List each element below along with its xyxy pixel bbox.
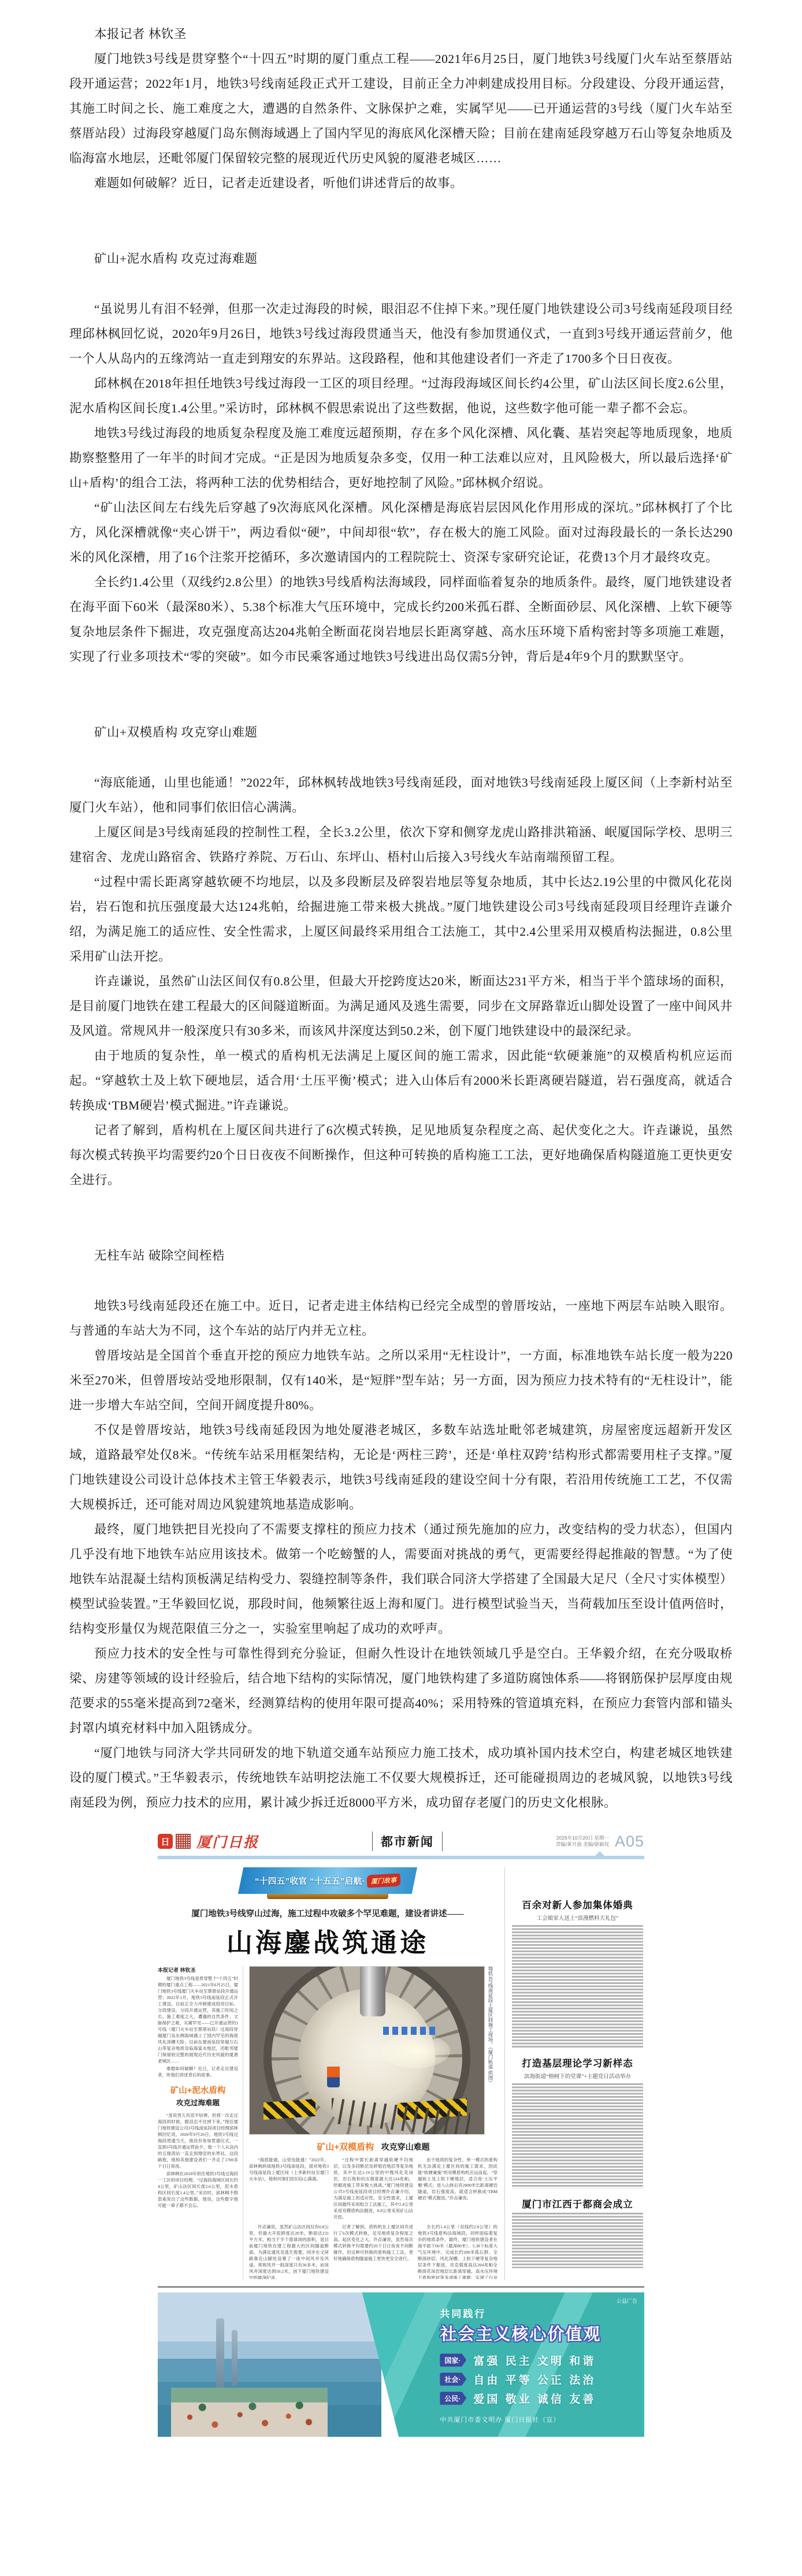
ad-row-tag: 公民· [440,2392,466,2405]
illegible-text-block [512,2083,643,2188]
newspaper-app-logo-icon: 日 [158,1834,173,1849]
ad-row-values: 爱国 敬业 诚信 友善 [473,2391,596,2406]
ad-credit-line: 中共厦门市委文明办 厦门日报社（宣） [440,2415,644,2424]
article-paragraph: “厦门地铁与同济大学共同研发的地下轨道交通车站预应力施工技术，成功填补国内技术空… [69,1741,733,1815]
newspaper-page-number: A05 [615,1833,644,1851]
article-section-heading: 矿山+泥水盾构 攻克过海难题 [69,247,733,271]
article-paragraph: 不仅是曾厝垵站，地铁3号线南延段因为地处厦港老城区，多数车站选址毗邻老城建筑，房… [69,1418,733,1517]
newspaper-section-wrap: 都市新闻 [259,1832,556,1851]
newspaper-masthead: 日 厦门日报 都市新闻 2025年10月20日 星期一 责编/黄开曲 美编/骆颖… [158,1828,644,1855]
worker-figure [327,2062,340,2087]
right-article-subtitle: 工会娘家人送上“浪漫燃料大礼包” [512,1914,643,1922]
photo-wrap: 地铁3号线南延段上厦区间施工现场。（厦门轨道 供图） [249,1966,497,2135]
newspaper-body: “十四五”收官 “十五五”启航· 厦门故事 厦门地铁3号线穿山过海，施工过程中攻… [158,1867,644,2280]
newspaper-content-row: 本报记者 林钦圣 厦门地铁3号线是贯穿整个“十四五”时期的厦门重点工程——202… [158,1966,497,2280]
right-article-subtitle: 滨海街道“榕树下的党课”+主题党日活动举办 [512,2072,643,2080]
illegible-text-block [512,2213,643,2268]
ventilation-pipe-graphic [360,1967,385,2016]
newspaper-body-text: “过程中需长距离穿越软硬不均地层，以及多段断层及碎裂岩地层等复杂地质，其中长达2… [333,2157,413,2220]
newspaper-body-text: 厦门地铁3号线是贯穿整个“十四五”时期的厦门重点工程——2021年6月25日，厦… [158,1975,238,2064]
article-paragraph: 全长约1.4公里（双线约2.8公里）的地铁3号线盾构法海域段，同样面临着复杂的地… [69,570,733,669]
newspaper-main-zone: “十四五”收官 “十五五”启航· 厦门故事 厦门地铁3号线穿山过海，施工过程中攻… [158,1867,497,2280]
section-separator [158,2286,644,2288]
ad-slogan-line1: 共同践行 [440,2306,644,2320]
tunnel-photo [249,1966,485,2135]
ad-values-row: 公民· 爱国 敬业 诚信 友善 [440,2391,644,2406]
tunnel-wall-signs [383,2027,435,2035]
ad-values-row: 社会· 自由 平等 公正 法治 [440,2372,644,2387]
right-article-title: 打造基层理论学习新样态 [512,2056,643,2069]
series-banner: “十四五”收官 “十五五”启航· 厦门故事 [238,1867,417,1899]
newspaper-body-text: “虽说男儿有泪不轻弹，但那一次走过海段的时候，眼泪忍不住掉下来。”现任厦门地铁建… [158,2112,238,2169]
ad-row-values: 富强 民主 文明 和谐 [473,2352,596,2368]
subhead-rest: 攻克过海难题 [158,2097,238,2108]
ad-type-label: 公益广告 [617,2297,637,2305]
xiamen-city-photo [158,2292,381,2437]
series-banner-badge: 厦门故事 [366,1873,400,1888]
photo-caption: 地铁3号线南延段上厦区间施工现场。（厦门轨道 供图） [487,1966,493,2135]
article-byline: 本报记者 林钦圣 [69,22,733,47]
right-article-theory: 打造基层理论学习新样态 滨海街道“榕树下的党课”+主题党日活动举办 [512,2056,643,2188]
newspaper-subhead-2: 矿山+双模盾构 攻克穿山难题 [249,2141,497,2153]
newspaper-mini-columns: “海底能通，山里也能通！”2022年，邱林枫转战地铁3号线南延段，面对地铁3号线… [249,2157,497,2221]
article-paragraph: “过程中需长距离穿越软硬不均地层，以及多段断层及碎裂岩地层等复杂地质，其中长达2… [69,870,733,969]
subhead-tag: 矿山+双模盾构 [317,2142,374,2152]
article-paragraph: 记者了解到，盾构机在上厦区间共进行了6次模式转换，足见地质复杂程度之高、起伏变化… [69,1118,733,1193]
article-paragraph: “矿山法区间左右线先后穿越了9次海底风化深槽。风化深槽是海底岩层因风化作用形成的… [69,496,733,570]
article-section-heading: 矿山+双模盾构 攻克穿山难题 [69,720,733,745]
subhead-tag: 矿山+泥水盾构 [158,2084,238,2096]
newspaper-byline: 本报记者 林钦圣 [158,1966,238,1974]
newspaper-dateline: 2025年10月20日 星期一 责编/黄开曲 美编/骆颖玫 [556,1835,609,1848]
illegible-text-block [512,1925,643,2048]
ad-row-values: 自由 平等 公正 法治 [473,2372,596,2387]
newspaper-center-column: 地铁3号线南延段上厦区间施工现场。（厦门轨道 供图） 矿山+双模盾构 攻克穿山难… [243,1966,497,2280]
article-paragraph: 厦门地铁3号线是贯穿整个“十四五”时期的厦门重点工程——2021年6月25日，厦… [69,47,733,171]
right-article-chamber: 厦门市江西于都商会成立 [512,2197,643,2268]
subhead-rest: 攻克穿山难题 [381,2142,430,2151]
masthead-rule-notch [595,1851,605,1856]
right-article-title: 厦门市江西于都商会成立 [512,2197,643,2210]
ad-text-panel: 公益广告 共同践行 社会主义核心价值观 国家· 富强 民主 文明 和谐 社会· … [362,2292,644,2437]
article-paragraph: 预应力技术的安全性与可靠性得到充分验证，但耐久性设计在地铁领域几乎是空白。王华毅… [69,1641,733,1741]
article-paragraph: 难题如何破解？近日，记者走近建设者，听他们讲述背后的故事。 [69,171,733,196]
newspaper-body-text: 由于地质的复杂性，单一模式的盾构机无法满足上厦区间的施工需求，因此能“软硬兼施”… [418,2157,497,2220]
newspaper-body-text: 难题如何破解？近日，记者走近建设者，听他们讲述背后的故事。 [158,2065,238,2078]
ad-row-tag: 国家· [440,2354,466,2367]
right-article-title: 百余对新人参加集体婚典 [512,1897,643,1911]
newspaper-mini-columns: 许垚谦说，虽然矿山法区间仅有0.8公里，但最大开挖跨度达20米，断面达231平方… [249,2224,497,2280]
twin-tower-graphic [216,2318,224,2388]
headline-kicker: 厦门地铁3号线穿山过海，施工过程中攻破多个罕见难题，建设者讲述—— [158,1907,497,1919]
newspaper-editors: 责编/黄开曲 美编/骆颖玫 [556,1841,609,1848]
masthead-rule [158,1856,644,1859]
newspaper-body-text: 记者了解到，盾构机在上厦区间共进行了6次模式转换，足见地质复杂程度之高、起伏变化… [333,2224,413,2279]
newspaper-subhead-1: 矿山+泥水盾构 攻克过海难题 [158,2084,238,2108]
right-article-wedding: 百余对新人参加集体婚典 工会娘家人送上“浪漫燃料大礼包” [512,1897,643,2048]
newspaper-right-column: 百余对新人参加集体婚典 工会娘家人送上“浪漫燃料大礼包” 打造基层理论学习新样态… [504,1867,643,2280]
newspaper-body-text: 邱林枫在2018年担任地铁3号线过海段一工区的项目经理。“过海段海域区间长约4公… [158,2171,238,2209]
tunnel-light-glow [381,2034,450,2068]
ad-slogan-line2: 社会主义核心价值观 [440,2321,644,2345]
newspaper-page: 日 厦门日报 都市新闻 2025年10月20日 星期一 责编/黄开曲 美编/骆颖… [158,1828,644,2437]
public-service-ad: 公益广告 共同践行 社会主义核心价值观 国家· 富强 民主 文明 和谐 社会· … [158,2292,644,2437]
ad-values-row: 国家· 富强 民主 文明 和谐 [440,2352,644,2368]
article-paragraph: 最终，厦门地铁把目光投向了不需要支撑柱的预应力技术（通过预先施加的应力，改变结构… [69,1517,733,1641]
article-paragraph: 许垚谦说，虽然矿山法区间仅有0.8公里，但最大开挖跨度达20米，断面达231平方… [69,969,733,1044]
qr-code-icon [176,1834,191,1849]
newspaper-date: 2025年10月20日 星期一 [556,1835,609,1841]
series-banner-title: “十四五”收官 “十五五”启航· [255,1875,365,1887]
article-paragraph: 上厦区间是3号线南延段的控制性工程，全长3.2公里，依次下穿和侧穿龙虎山路排洪箱… [69,820,733,870]
newspaper-left-column: 本报记者 林钦圣 厦门地铁3号线是贯穿整个“十四五”时期的厦门重点工程——202… [158,1966,243,2280]
article-paragraph: 由于地质的复杂性，单一模式的盾构机无法满足上厦区间的施工需求，因此能“软硬兼施”… [69,1044,733,1118]
article-document: 本报记者 林钦圣 厦门地铁3号线是贯穿整个“十四五”时期的厦门重点工程——202… [0,0,802,1819]
newspaper-body-text: 全长约1.4公里（双线约2.8公里）的地铁3号线盾构法海域段，同样面临着复杂的地… [418,2224,497,2279]
twin-tower-graphic [232,2330,237,2385]
newspaper-section-title: 都市新闻 [372,1832,443,1851]
series-banner-ribbon: “十四五”收官 “十五五”启航· 厦门故事 [238,1867,417,1894]
hazard-stripe-barrier [263,2099,315,2120]
newspaper-name: 厦门日报 [196,1831,259,1852]
newspaper-body-text: 许垚谦说，虽然矿山法区间仅有0.8公里，但最大开挖跨度达20米，断面达231平方… [249,2224,329,2279]
article-paragraph: 邱林枫在2018年担任地铁3号线过海段一工区的项目经理。“过海段海域区间长约4公… [69,371,733,421]
article-paragraph: 地铁3号线南延段还在施工中。近日，记者走进主体结构已经完全成型的曾厝垵站，一座地… [69,1294,733,1343]
article-section-heading: 无柱车站 破除空间桎梏 [69,1244,733,1268]
ad-row-tag: 社会· [440,2373,466,2386]
island-roofs-graphic [171,2388,328,2437]
newspaper-body-text: “海底能通，山里也能通！”2022年，邱林枫转战地铁3号线南延段，面对地铁3号线… [249,2157,329,2220]
article-paragraph: “虽说男儿有泪不轻弹，但那一次走过海段的时候，眼泪忍不住掉下来。”现任厦门地铁建… [69,297,733,371]
bottom-whitespace [0,2437,802,2492]
article-paragraph: 地铁3号线过海段的地质复杂程度及施工难度远超预期，存在多个风化深槽、风化囊、基岩… [69,421,733,496]
article-paragraph: 曾厝垵站是全国首个垂直开挖的预应力地铁车站。之所以采用“无柱设计”，一方面，标准… [69,1343,733,1418]
newspaper-headline: 山海鏖战筑通途 [158,1922,497,1959]
article-paragraph: “海底能通，山里也能通！”2022年，邱林枫转战地铁3号线南延段，面对地铁3号线… [69,770,733,820]
